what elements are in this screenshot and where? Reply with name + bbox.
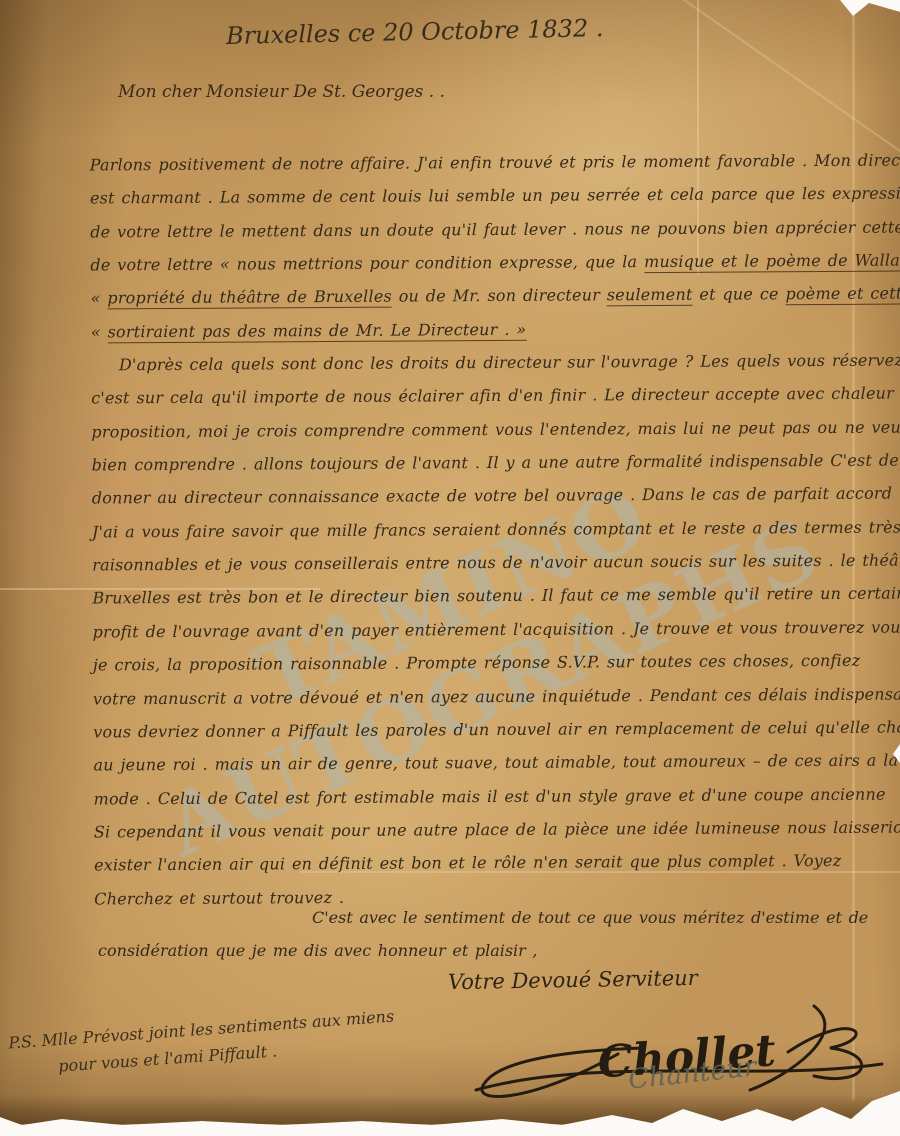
signature: Chollet xyxy=(458,992,890,1110)
body-line: profit de l'ouvrage avant d'en payer ent… xyxy=(93,610,899,648)
body-line: c'est sur cela qu'il importe de nous écl… xyxy=(91,377,897,415)
body-line: donner au directeur connaissance exacte … xyxy=(92,477,898,515)
torn-edge-shadow xyxy=(0,1094,900,1124)
valediction: Votre Devoué Serviteur xyxy=(448,966,698,994)
body-line: mode . Celui de Catel est fort estimable… xyxy=(94,777,900,815)
salutation: Mon cher Monsieur De St. Georges . . xyxy=(118,82,445,102)
date-line: Bruxelles ce 20 Octobre 1832 . xyxy=(226,14,604,50)
body-line: exister l'ancien air qui en définit est … xyxy=(94,844,900,882)
body-line: D'après cela quels sont donc les droits … xyxy=(91,344,897,382)
body-line: de votre lettre le mettent dans un doute… xyxy=(90,210,896,248)
body-line: J'ai a vous faire savoir que mille franc… xyxy=(92,510,898,548)
letter-body: Parlons positivement de notre affaire. J… xyxy=(90,144,900,916)
body-line: « sortiraient pas des mains de Mr. Le Di… xyxy=(91,310,897,348)
scanned-letter-page: TAMINO AUTOGRAPHS Bruxelles ce 20 Octobr… xyxy=(0,0,900,1136)
body-line: Si cependant il vous venait pour une aut… xyxy=(94,810,900,848)
body-line: bien comprendre . allons toujours de l'a… xyxy=(91,444,897,482)
closing-line-1: C'est avec le sentiment de tout ce que v… xyxy=(312,908,868,927)
body-line: est charmant . La somme de cent louis lu… xyxy=(90,177,896,215)
body-line: au jeune roi . mais un air de genre, tou… xyxy=(93,744,899,782)
body-line: je crois, la proposition raisonnable . P… xyxy=(93,644,899,682)
body-line: vous devriez donner a Piffault les parol… xyxy=(93,710,899,748)
body-line: votre manuscrit a votre dévoué et n'en a… xyxy=(93,677,899,715)
letter-paper: TAMINO AUTOGRAPHS Bruxelles ce 20 Octobr… xyxy=(0,0,900,1128)
body-line: Bruxelles est très bon et le directeur b… xyxy=(92,577,898,615)
body-line: proposition, moi je crois comprendre com… xyxy=(91,410,897,448)
body-line: Parlons positivement de notre affaire. J… xyxy=(90,144,896,182)
body-line: de votre lettre « nous mettrions pour co… xyxy=(90,244,896,282)
closing-line-2: considération que je me dis avec honneur… xyxy=(98,941,538,960)
body-line: « propriété du théâtre de Bruxelles ou d… xyxy=(90,277,896,315)
body-line: raisonnables et je vous conseillerais en… xyxy=(92,544,898,582)
